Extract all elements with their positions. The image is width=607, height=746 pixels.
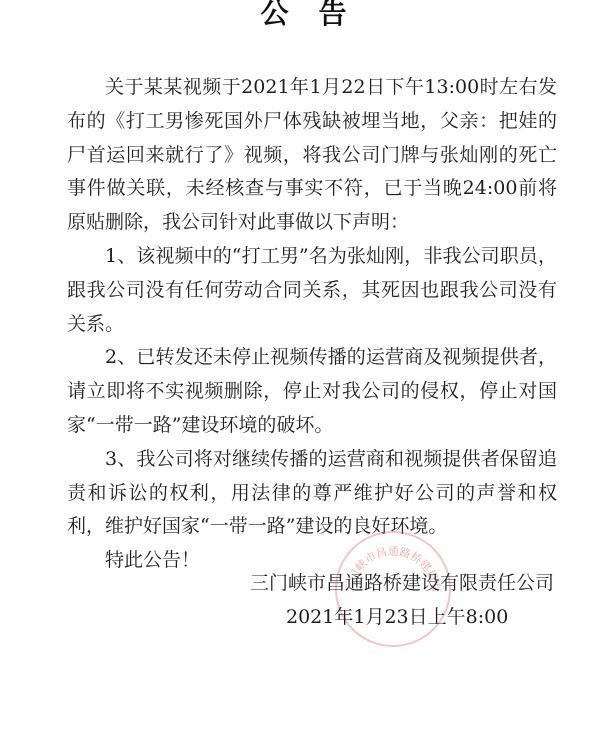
statement-item-2: 2、已转发还未停止视频传播的运营商及视频提供者，请立即将不实视频删除，停止对我公… (67, 341, 557, 442)
page-title: 公告 (0, 0, 607, 32)
announcement-body: 关于某某视频于2021年1月22日下午13:00时左右发布的《打工男惨死国外尸体… (67, 71, 557, 578)
statement-item-3: 3、我公司将对继续传播的运营商和视频提供者保留追责和诉讼的权利，用法律的尊严维护… (67, 443, 557, 544)
company-name: 三门峡市昌通路桥建设有限责任公司 (250, 566, 554, 600)
statement-item-1: 1、该视频中的“打工男”名为张灿刚，非我公司职员，跟我公司没有任何劳动合同关系，… (67, 240, 557, 341)
issue-date: 2021年1月23日上午8:00 (250, 600, 554, 634)
signature-block: 三门峡市昌通路桥建设有限责任公司 2021年1月23日上午8:00 (250, 566, 554, 634)
intro-paragraph: 关于某某视频于2021年1月22日下午13:00时左右发布的《打工男惨死国外尸体… (67, 71, 557, 240)
